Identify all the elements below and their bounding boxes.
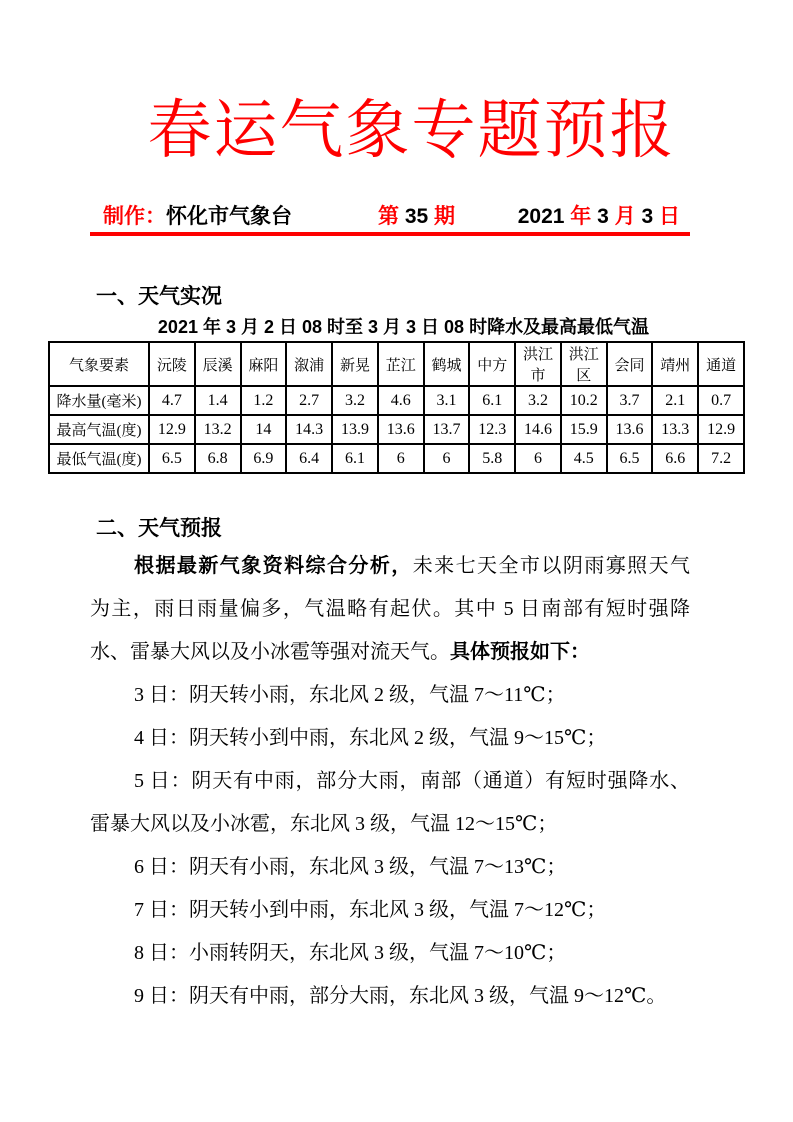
text-segment: 35: [405, 205, 428, 228]
issue-date: 2021 年 3 月 3 日: [518, 200, 680, 230]
text-segment: 3: [597, 205, 615, 228]
text-segment: 日: [659, 205, 680, 228]
producer: 制作：怀化市气象台: [103, 200, 292, 230]
table-cell: 3.2: [332, 386, 378, 415]
table-cell: 13.9: [332, 415, 378, 444]
table-cell: 6: [515, 444, 561, 473]
table-cell: 13.6: [378, 415, 424, 444]
table-cell: 12.3: [469, 415, 515, 444]
masthead: 制作：怀化市气象台 第 35 期 2021 年 3 月 3 日: [90, 200, 690, 228]
text-segment: 具体预报如下：: [450, 641, 590, 663]
table-cell: 13.3: [652, 415, 698, 444]
table-station-header: 新晃: [332, 342, 378, 386]
text-segment: 根据最新气象资料综合分析，: [134, 555, 413, 577]
table-cell: 6.6: [652, 444, 698, 473]
forecast-body: 根据最新气象资料综合分析，未来七天全市以阴雨寡照天气为主，雨日雨量偏多，气温略有…: [90, 545, 690, 1018]
table-cell: 13.2: [195, 415, 241, 444]
table-cell: 1.4: [195, 386, 241, 415]
row-label: 最低气温(度): [49, 444, 149, 473]
forecast-daily-line: 6 日：阴天有小雨，东北风 3 级，气温 7～13℃；: [90, 846, 690, 889]
weather-table: 气象要素沅陵辰溪麻阳溆浦新晃芷江鹤城中方洪江市洪江区会同靖州通道 降水量(毫米)…: [48, 341, 745, 474]
red-divider-rule: [90, 232, 690, 236]
table-cell: 14.3: [286, 415, 332, 444]
table-station-header: 鹤城: [424, 342, 470, 386]
table-title: 2021 年 3 月 2 日 08 时至 3 月 3 日 08 时降水及最高最低…: [0, 313, 793, 339]
table-cell: 4.7: [149, 386, 195, 415]
text-segment: 月: [615, 205, 642, 228]
table-header-row: 气象要素沅陵辰溪麻阳溆浦新晃芷江鹤城中方洪江市洪江区会同靖州通道: [49, 342, 744, 386]
table-cell: 13.7: [424, 415, 470, 444]
text-segment: 为主，雨日雨量偏多，气温略有起伏。其中 5 日南部有短时强降: [90, 598, 690, 620]
issue-number: 第 35 期: [378, 200, 455, 230]
page-title: 春运气象专题预报: [0, 96, 793, 165]
table-station-header: 洪江市: [515, 342, 561, 386]
table-cell: 6.1: [332, 444, 378, 473]
table-row: 降水量(毫米)4.71.41.22.73.24.63.16.13.210.23.…: [49, 386, 744, 415]
table-station-header: 麻阳: [241, 342, 287, 386]
table-cell: 12.9: [149, 415, 195, 444]
table-cell: 13.6: [607, 415, 653, 444]
table-station-header: 辰溪: [195, 342, 241, 386]
section-heading-weather-now: 一、天气实况: [96, 280, 222, 310]
table-station-header: 洪江区: [561, 342, 607, 386]
forecast-daily-line: 雷暴大风以及小冰雹，东北风 3 级，气温 12～15℃；: [90, 803, 690, 846]
text-segment: 年: [570, 205, 597, 228]
text-segment: 期: [428, 205, 455, 228]
table-cell: 6: [424, 444, 470, 473]
table-cell: 15.9: [561, 415, 607, 444]
table-station-header: 芷江: [378, 342, 424, 386]
text-segment: 第: [378, 205, 405, 228]
forecast-intro-line: 水、雷暴大风以及小冰雹等强对流天气。具体预报如下：: [90, 631, 690, 674]
table-cell: 0.7: [698, 386, 744, 415]
table-station-header: 中方: [469, 342, 515, 386]
table-station-header: 沅陵: [149, 342, 195, 386]
table-cell: 6.8: [195, 444, 241, 473]
table-cell: 6.5: [149, 444, 195, 473]
table-station-header: 会同: [607, 342, 653, 386]
table-cell: 2.1: [652, 386, 698, 415]
table-cell: 10.2: [561, 386, 607, 415]
table-cell: 6.9: [241, 444, 287, 473]
table-row: 最高气温(度)12.913.21414.313.913.613.712.314.…: [49, 415, 744, 444]
table-station-header: 靖州: [652, 342, 698, 386]
row-label: 最高气温(度): [49, 415, 149, 444]
table-cell: 3.7: [607, 386, 653, 415]
table-cell: 14.6: [515, 415, 561, 444]
forecast-daily-line: 3 日：阴天转小雨，东北风 2 级，气温 7～11℃；: [90, 674, 690, 717]
table-cell: 5.8: [469, 444, 515, 473]
text-segment: 水、雷暴大风以及小冰雹等强对流天气。: [90, 641, 450, 663]
forecast-intro-line: 根据最新气象资料综合分析，未来七天全市以阴雨寡照天气: [90, 545, 690, 588]
table-cell: 4.6: [378, 386, 424, 415]
table-cell: 6.1: [469, 386, 515, 415]
table-station-header: 溆浦: [286, 342, 332, 386]
table-cell: 4.5: [561, 444, 607, 473]
forecast-intro-line: 为主，雨日雨量偏多，气温略有起伏。其中 5 日南部有短时强降: [90, 588, 690, 631]
forecast-daily-line: 9 日：阴天有中雨，部分大雨，东北风 3 级，气温 9～12℃。: [90, 975, 690, 1018]
producer-value: 怀化市气象台: [166, 205, 292, 228]
table-cell: 12.9: [698, 415, 744, 444]
section-heading-forecast: 二、天气预报: [96, 512, 222, 542]
table-cell: 1.2: [241, 386, 287, 415]
table-cell: 3.2: [515, 386, 561, 415]
row-label: 降水量(毫米): [49, 386, 149, 415]
producer-label: 制作：: [103, 205, 166, 228]
table-cell: 7.2: [698, 444, 744, 473]
text-segment: 未来七天全市以阴雨寡照天气: [413, 555, 690, 577]
forecast-daily-line: 7 日：阴天转小到中雨，东北风 3 级，气温 7～12℃；: [90, 889, 690, 932]
table-row: 最低气温(度)6.56.86.96.46.1665.864.56.56.67.2: [49, 444, 744, 473]
table-cell: 3.1: [424, 386, 470, 415]
table-body: 降水量(毫米)4.71.41.22.73.24.63.16.13.210.23.…: [49, 386, 744, 473]
forecast-daily-line: 4 日：阴天转小到中雨，东北风 2 级，气温 9～15℃；: [90, 717, 690, 760]
document-page: 春运气象专题预报 制作：怀化市气象台 第 35 期 2021 年 3 月 3 日…: [0, 0, 793, 1122]
forecast-daily-line: 5 日：阴天有中雨，部分大雨，南部（通道）有短时强降水、: [90, 760, 690, 803]
text-segment: 3: [641, 205, 659, 228]
table-corner-header: 气象要素: [49, 342, 149, 386]
table-cell: 6: [378, 444, 424, 473]
table-cell: 6.5: [607, 444, 653, 473]
table-cell: 6.4: [286, 444, 332, 473]
table-cell: 14: [241, 415, 287, 444]
forecast-daily-line: 8 日：小雨转阴天，东北风 3 级，气温 7～10℃；: [90, 932, 690, 975]
text-segment: 2021: [518, 205, 571, 228]
table-cell: 2.7: [286, 386, 332, 415]
table-station-header: 通道: [698, 342, 744, 386]
